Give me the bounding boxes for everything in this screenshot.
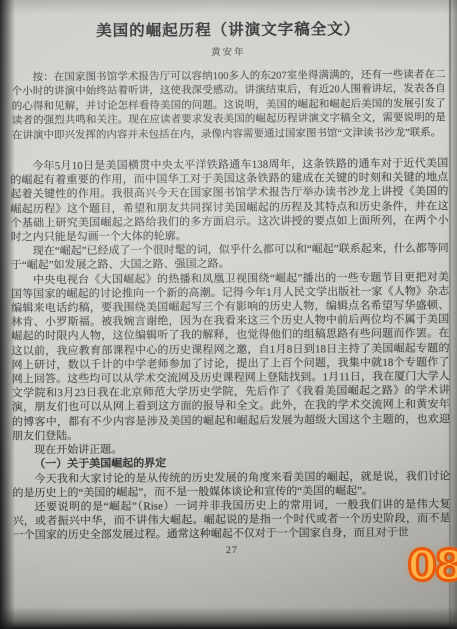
page-edge-line	[449, 0, 451, 629]
camera-date-stamp: 08	[408, 545, 457, 587]
document-body: 今年5月10日是美国横贯中央太平洋铁路通车138周年，这条铁路的通车对于近代美国…	[10, 157, 451, 544]
page-title: 美国的崛起历程（讲演文字稿全文）	[9, 16, 447, 41]
body-paragraph-rise-buzzword: 现在“崛起”已经成了一个很时髦的词，似乎什么都可以和“崛起”联系起来，什么都等同…	[11, 242, 449, 273]
body-paragraph-background: 中央电视台《大国崛起》的热播和凤凰卫视围绕“崛起”播出的一些专题节目更把对美国等…	[11, 270, 450, 443]
scanned-document-photo: 美国的崛起历程（讲演文字稿全文） 黄安年 按：在国家图书馆学术报告厅可以容纳10…	[0, 0, 457, 629]
editor-note: 按：在国家图书馆学术报告厅可以容纳100多人的东207室坐得满满的，还有一些读者…	[12, 68, 446, 143]
page-number: 27	[13, 543, 451, 557]
body-paragraph-definition-2: 还要说明的是“崛起”（Rise）一词并非我国历史上的常用词，一般我们讲的是伟大复…	[13, 497, 451, 543]
document-page: 美国的崛起历程（讲演文字稿全文） 黄安年 按：在国家图书馆学术报告厅可以容纳10…	[9, 4, 451, 557]
body-paragraph-definition-1: 今天我和大家讨论的是从传统的历史发展的角度来看美国的崛起，就是说，我们讨论的是历…	[12, 469, 450, 500]
body-paragraph-intro: 今年5月10日是美国横贯中央太平洋铁路通车138周年，这条铁路的通车对于近代美国…	[10, 157, 449, 245]
author-name: 黄安年	[9, 42, 447, 59]
